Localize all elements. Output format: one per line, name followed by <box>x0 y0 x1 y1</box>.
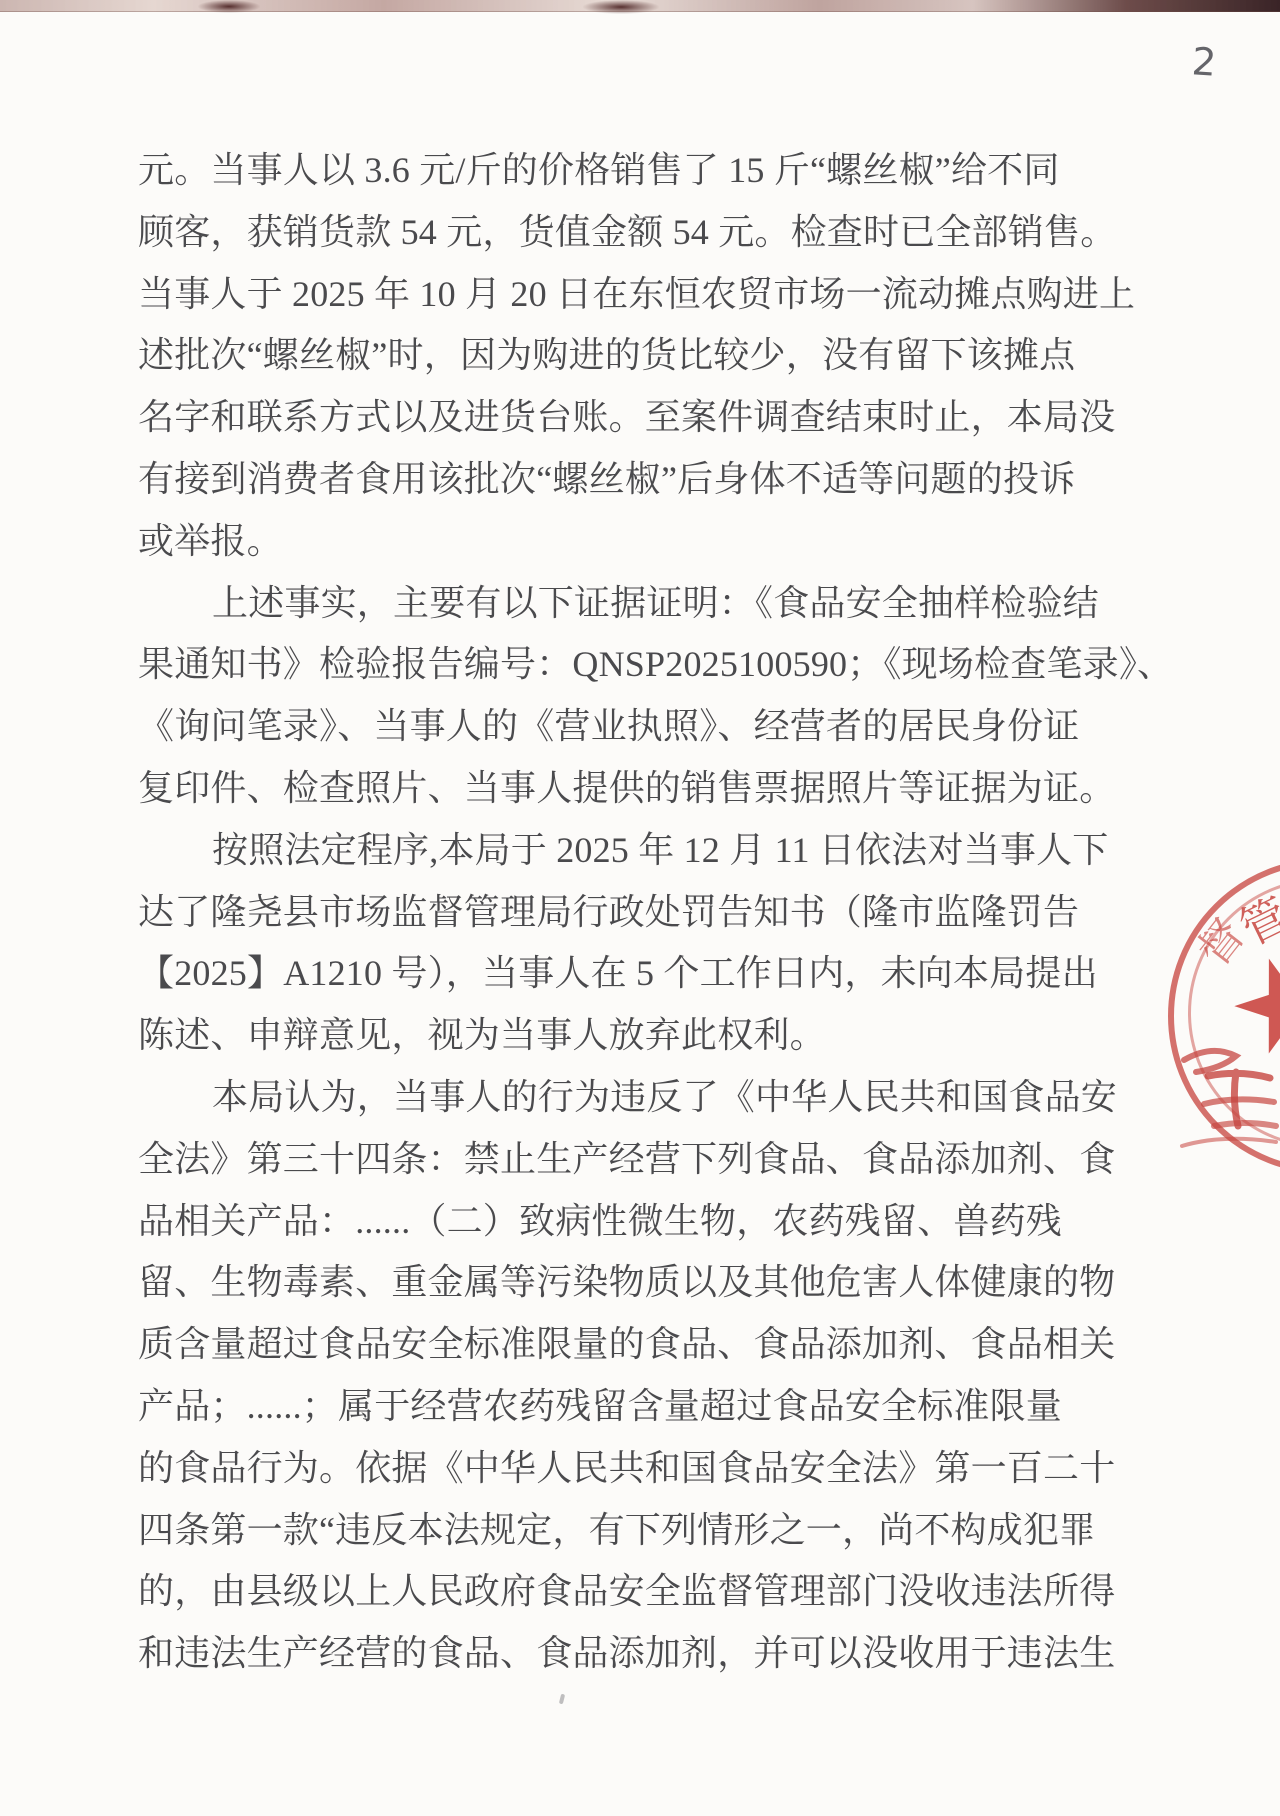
text-line: 质含量超过食品安全标准限量的食品、食品添加剂、食品相关 <box>138 1314 968 1376</box>
text-line: 有接到消费者食用该批次“螺丝椒”后身体不适等问题的投诉 <box>138 449 968 511</box>
text-line: 复印件、检查照片、当事人提供的销售票据照片等证据为证。 <box>138 758 968 820</box>
text-line: 产品；......；属于经营农药残留含量超过食品安全标准限量 <box>138 1376 968 1438</box>
text-line: 本局认为，当事人的行为违反了《中华人民共和国食品安 <box>138 1067 968 1129</box>
page-number: 2 <box>1190 39 1217 85</box>
text-line: 四条第一款“违反本法规定，有下列情形之一，尚不构成犯罪 <box>138 1500 968 1562</box>
text-line: 上述事实，主要有以下证据证明：《食品安全抽样检验结 <box>138 573 968 635</box>
text-line: 达了隆尧县市场监督管理局行政处罚告知书（隆市监隆罚告 <box>138 882 968 944</box>
text-line: 留、生物毒素、重金属等污染物质以及其他危害人体健康的物 <box>138 1252 968 1314</box>
text-line: 的，由县级以上人民政府食品安全监督管理部门没收违法所得 <box>138 1561 968 1623</box>
text-line: 顾客，获销货款 54 元，货值金额 54 元。检查时已全部销售。 <box>138 202 968 264</box>
text-line: 或举报。 <box>138 511 968 573</box>
text-line: 陈述、申辩意见，视为当事人放弃此权利。 <box>138 1005 968 1067</box>
text-line: 果通知书》检验报告编号：QNSP2025100590；《现场检查笔录》、 <box>138 634 968 696</box>
document-body-text: 元。当事人以 3.6 元/斤的价格销售了 15 斤“螺丝椒”给不同顾客，获销货款… <box>138 140 968 1685</box>
scan-edge-blob <box>583 0 659 14</box>
text-line: 述批次“螺丝椒”时，因为购进的货比较少，没有留下该摊点 <box>138 325 968 387</box>
text-line: 的食品行为。依据《中华人民共和国食品安全法》第一百二十 <box>138 1438 968 1500</box>
text-line: 【2025】A1210 号），当事人在 5 个工作日内，未向本局提出 <box>138 943 968 1005</box>
seal-handwritten-marks <box>1178 1042 1280 1172</box>
text-line: 当事人于 2025 年 10 月 20 日在东恒农贸市场一流动摊点购进上 <box>138 264 968 326</box>
text-line: 全法》第三十四条：禁止生产经营下列食品、食品添加剂、食 <box>138 1129 968 1191</box>
scan-edge-blob <box>198 0 260 13</box>
text-line: 元。当事人以 3.6 元/斤的价格销售了 15 斤“螺丝椒”给不同 <box>138 140 968 202</box>
scanned-document-page: 2 元。当事人以 3.6 元/斤的价格销售了 15 斤“螺丝椒”给不同顾客，获销… <box>0 0 1280 1816</box>
scan-artifact-dot <box>559 1694 565 1705</box>
text-line: 《询问笔录》、当事人的《营业执照》、经营者的居民身份证 <box>138 696 968 758</box>
text-line: 品相关产品：......（二）致病性微生物，农药残留、兽药残 <box>138 1191 968 1253</box>
text-line: 和违法生产经营的食品、食品添加剂，并可以没收用于违法生 <box>138 1623 968 1685</box>
text-line: 名字和联系方式以及进货台账。至案件调查结束时止，本局没 <box>138 387 968 449</box>
text-line: 按照法定程序,本局于 2025 年 12 月 11 日依法对当事人下 <box>138 820 968 882</box>
